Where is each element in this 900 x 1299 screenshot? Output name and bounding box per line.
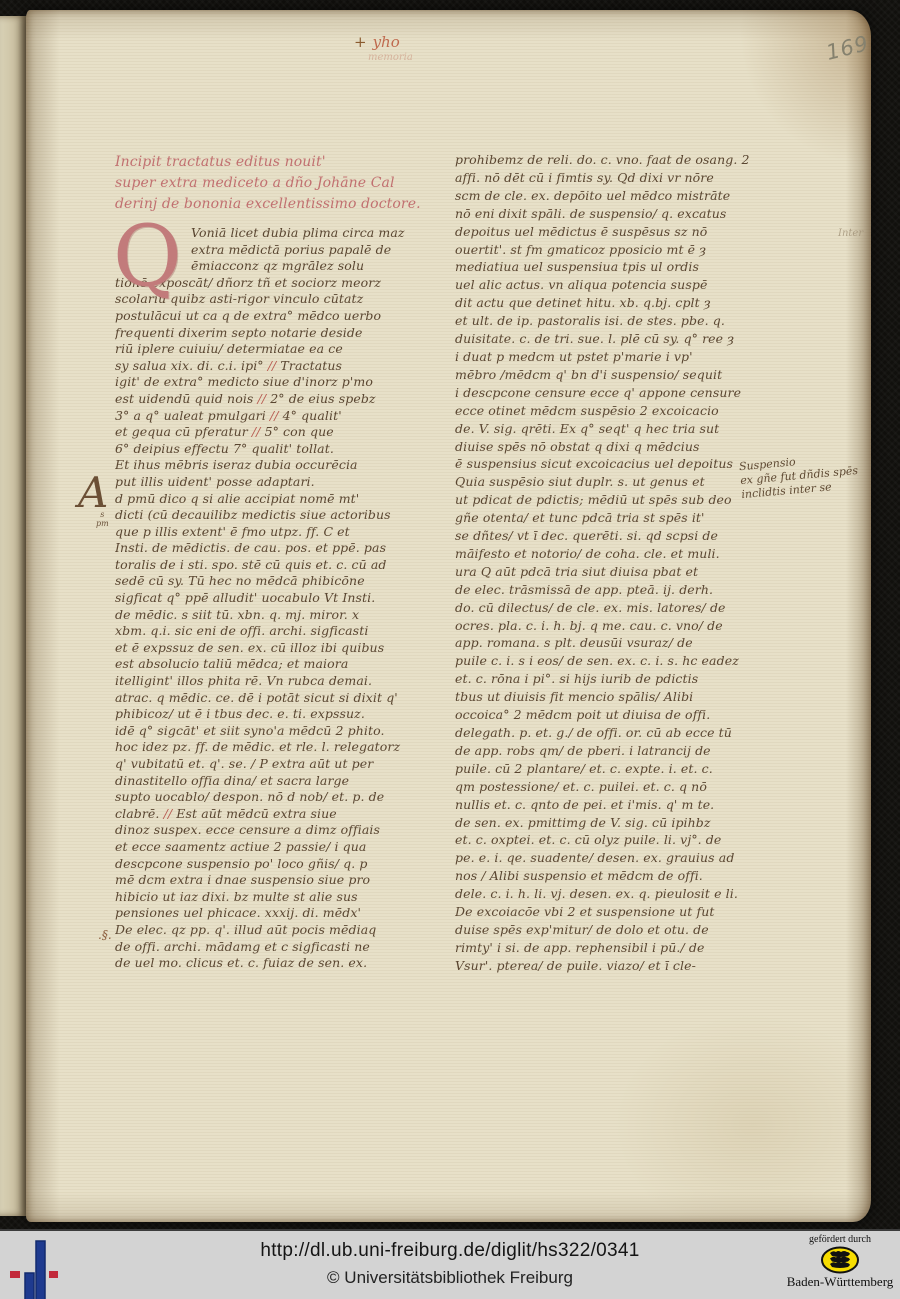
text-line: postulācui ut ca q de extra° mēdco uerbo xyxy=(115,308,451,325)
text-line: qm postessione/ et. c. puilei. et. c. q … xyxy=(455,778,791,796)
text-line: mēbro /mēdcm q' bn d'i suspensio/ sequit xyxy=(455,366,791,384)
text-line: est absolucio taliū mēdca; et maiora xyxy=(115,656,451,673)
copyright-text: © Universitätsbibliothek Freiburg xyxy=(0,1268,900,1288)
text-line: ēmiacconz qz mgrālez solu xyxy=(191,258,451,275)
text-line: de offi. archi. mādamg et c sigficasti n… xyxy=(115,939,451,956)
text-line: et. c. oxptei. et. c. cū olyz puile. li.… xyxy=(455,831,791,849)
text-line: delegath. p. et. g./ de offi. or. cū ab … xyxy=(455,724,791,742)
text-line: duisitate. c. de tri. sue. l. plē cū sy.… xyxy=(455,330,791,348)
text-line: mē dcm extra i dnae suspensio siue pro xyxy=(115,872,451,889)
text-line: phibicoz/ ut ē i tbus dec. e. ti. expssu… xyxy=(115,706,451,723)
text-line: nos / Alibi suspensio et mēdcm de offi. xyxy=(455,867,791,885)
text-line: i descpcone censure ecce q' appone censu… xyxy=(455,384,791,402)
text-line: supto uocablo/ despon. nō d nob/ et. p. … xyxy=(115,789,451,806)
margin-note-left: spm xyxy=(96,510,109,528)
text-line: sigficat q° ppē alludit' uocabulo Vt Ins… xyxy=(115,590,451,607)
text-line: pensiones uel phicace. xxxij. di. mēdx' xyxy=(115,905,451,922)
text-line: 3° a q° ualeat pmulgari // 4° qualit' xyxy=(115,408,451,425)
text-line: occoica° 2 mēdcm poit ut diuisa de offi. xyxy=(455,706,791,724)
text-line: i duat p medcm ut pstet p'marie i vp' xyxy=(455,348,791,366)
rubric-line: Incipit tractatus editus nouit' xyxy=(115,152,451,173)
text-line: tbus ut diuisis fit mencio spālis/ Alibi xyxy=(455,688,791,706)
text-line: dinoz suspex. ecce censure a dimz offiai… xyxy=(115,822,451,839)
text-line: puile. cū 2 plantare/ et. c. expte. i. e… xyxy=(455,760,791,778)
text-line: diuise spēs nō obstat q dixi q mēdcius xyxy=(455,438,791,456)
text-line: dit actu que detinet hitu. xb. q.bj. cpl… xyxy=(455,294,791,312)
text-line: māifesto et notorio/ de coha. cle. et mu… xyxy=(455,545,791,563)
text-line: puile c. i. s i eos/ de sen. ex. c. i. s… xyxy=(455,652,791,670)
text-column-2: prohibemz de reli. do. c. vno. faat de o… xyxy=(455,151,791,975)
ihs-invocation: +yho memoria xyxy=(354,32,413,63)
text-line: de app. robs qm/ de pberi. i latrancij d… xyxy=(455,742,791,760)
text-line: de. V. sig. qrēti. Ex q° seqt' q hec tri… xyxy=(455,420,791,438)
text-column-1: Incipit tractatus editus nouit'super ext… xyxy=(115,152,451,972)
text-line: toralis de i sti. spo. stē cū quis et. c… xyxy=(115,557,451,574)
text-line: hibicio ut iaz dixi. bz multe st alie su… xyxy=(115,889,451,906)
text-line: Vsur'. pterea/ de puile. viazo/ et ī cle… xyxy=(455,957,791,975)
ihs-faded-word: memoria xyxy=(368,52,413,63)
text-line: se dñtes/ vt ī dec. querēti. si. qd scps… xyxy=(455,527,791,545)
text-line: prohibemz de reli. do. c. vno. faat de o… xyxy=(455,151,791,169)
text-line: De elec. qz pp. q'. illud aūt pocis mēdi… xyxy=(115,922,451,939)
funding-label: gefördert durch xyxy=(786,1234,894,1245)
text-line: de sen. ex. pmittimg de V. sig. cū ipihb… xyxy=(455,814,791,832)
text-line: sedē cū sy. Tū hec no mēdcā phibicōne xyxy=(115,573,451,590)
text-line: ouertit'. st fm gmaticoz pposicio mt ē ȝ xyxy=(455,241,791,259)
funding-block: gefördert durch Baden-Württemberg xyxy=(786,1234,894,1290)
text-line: put illis uident' posse adaptari. xyxy=(115,474,451,491)
text-line: De excoiacōe vbi 2 et suspensione ut fut xyxy=(455,903,791,921)
text-line: que p illis extent' ē fmo utpz. ff. C et xyxy=(115,524,451,541)
column-1-body: tionē exposcāt/ dñorz tñ et sociorz meor… xyxy=(115,275,451,972)
text-line: descpcone suspensio po' loco gñis/ q. p xyxy=(115,856,451,873)
text-line: mediatiua uel suspensiua tpis ul ordis xyxy=(455,258,791,276)
text-line: atrac. q mēdic. ce. dē i potāt sicut si … xyxy=(115,690,451,707)
text-line: affi. nō dēt cū i fimtis sy. Qd dixi vr … xyxy=(455,169,791,187)
text-line: frequenti dixerim septo notarie deside xyxy=(115,325,451,342)
text-line: idē q° sigcāt' et siit syno'a mēdcū 2 ph… xyxy=(115,723,451,740)
text-line: nullis et. c. qnto de pei. et i'mis. q' … xyxy=(455,796,791,814)
drop-cap-q: Q xyxy=(113,218,182,294)
manuscript-page: 169 +yho memoria Incipit tractatus editu… xyxy=(26,10,871,1222)
text-line: ecce otinet mēdcm suspēsio 2 excoicacio xyxy=(455,402,791,420)
baden-wuerttemberg-coat-of-arms-icon xyxy=(820,1246,860,1274)
text-line: clabrē. // Est aūt mēdcū extra siue xyxy=(115,806,451,823)
text-line: de elec. trāsmissā de app. pteā. ij. der… xyxy=(455,581,791,599)
text-line: xbm. q.i. sic eni de offi. archi. sigfic… xyxy=(115,623,451,640)
document-url: http://dl.ub.uni-freiburg.de/diglit/hs32… xyxy=(0,1240,900,1262)
text-line: nō eni dixit spāli. de suspensio/ q. exc… xyxy=(455,205,791,223)
text-line: 6° deipius effectu 7° qualit' tollat. xyxy=(115,441,451,458)
text-line: q' vubitatū et. q'. se. / P extra aūt ut… xyxy=(115,756,451,773)
text-line: depoitus uel mēdictus ē suspēsus sz nō xyxy=(455,223,791,241)
margin-note-line: pm xyxy=(96,519,109,528)
text-line: gñe otenta/ et tunc pdcā tria st spēs it… xyxy=(455,509,791,527)
text-line: Et ihus mēbris iseraz dubia occurēcia xyxy=(115,457,451,474)
text-line: rimty' i si. de app. rephensibil i pū./ … xyxy=(455,939,791,957)
text-line: uel alic actus. vn aliqua potencia suspē xyxy=(455,276,791,294)
funding-region: Baden-Württemberg xyxy=(786,1274,894,1290)
text-line: sy salua xix. di. c.i. ipi° // Tractatus xyxy=(115,358,451,375)
text-line: extra mēdictā porius papalē de xyxy=(191,242,451,259)
text-line: Insti. de mēdictis. de cau. pos. et ppē.… xyxy=(115,540,451,557)
margin-note-faded: Inter xyxy=(838,228,863,239)
text-line: dele. c. i. h. li. vj. desen. ex. q. pie… xyxy=(455,885,791,903)
text-line: d pmū dico q si alie accipiat nomē mt' xyxy=(115,491,451,508)
footer-bar: http://dl.ub.uni-freiburg.de/diglit/hs32… xyxy=(0,1229,900,1299)
text-line: scm de cle. ex. depōito uel mēdco mistrā… xyxy=(455,187,791,205)
text-line: app. romana. s plt. deusūi vsuraz/ de xyxy=(455,634,791,652)
underlying-page-edge xyxy=(0,16,27,1216)
text-line: et ecce saamentz actiue 2 passie/ i qua xyxy=(115,839,451,856)
text-line: et. c. rōna i pi°. si hijs iurib de pdic… xyxy=(455,670,791,688)
text-line: Voniā licet dubia plima circa maz xyxy=(191,225,451,242)
text-line: de mēdic. s siit tū. xbn. q. mj. miror. … xyxy=(115,607,451,624)
ihs-word: yho xyxy=(373,33,400,51)
text-line: pe. e. i. qe. suadente/ desen. ex. graui… xyxy=(455,849,791,867)
text-line: et ē expssuz de sen. ex. cū illoz ibi qu… xyxy=(115,640,451,657)
cross-mark: + xyxy=(354,33,367,51)
text-line: est uidendū quid nois // 2° de eius speb… xyxy=(115,391,451,408)
text-line: igit' de extra° medicto siue d'inorz p'm… xyxy=(115,374,451,391)
rubric-incipit: Incipit tractatus editus nouit'super ext… xyxy=(115,152,451,215)
folio-number-pencil: 169 xyxy=(824,31,872,65)
text-line: et ult. de ip. pastoralis isi. de stes. … xyxy=(455,312,791,330)
text-line: de uel mo. clicus et. c. fuiaz de sen. e… xyxy=(115,955,451,972)
text-line: ura Q aūt pdcā tria siut diuisa pbat et xyxy=(455,563,791,581)
text-line: itelligint' illos phita rē. Vn rubca dem… xyxy=(115,673,451,690)
text-line: duise spēs exp'mitur/ de dolo et otu. de xyxy=(455,921,791,939)
text-line: riū iplere cuiuiu/ determiatae ea ce xyxy=(115,341,451,358)
section-mark: .§. xyxy=(98,928,112,942)
text-line: dicti (cū decauilibz medictis siue actor… xyxy=(115,507,451,524)
rubric-line: super extra mediceto a dño Johāne Cal xyxy=(115,173,451,194)
text-line: ocres. pla. c. i. h. bj. q me. cau. c. v… xyxy=(455,617,791,635)
margin-note-line: s xyxy=(96,510,109,519)
text-line: et gequa cū pferatur // 5° con que xyxy=(115,424,451,441)
text-line: dinastitello offia dina/ et sacra large xyxy=(115,773,451,790)
text-line: hoc idez pz. ff. de mēdic. et rle. l. re… xyxy=(115,739,451,756)
footer-text-block: http://dl.ub.uni-freiburg.de/diglit/hs32… xyxy=(0,1231,900,1288)
text-line: do. cū dilectus/ de cle. ex. mis. latore… xyxy=(455,599,791,617)
